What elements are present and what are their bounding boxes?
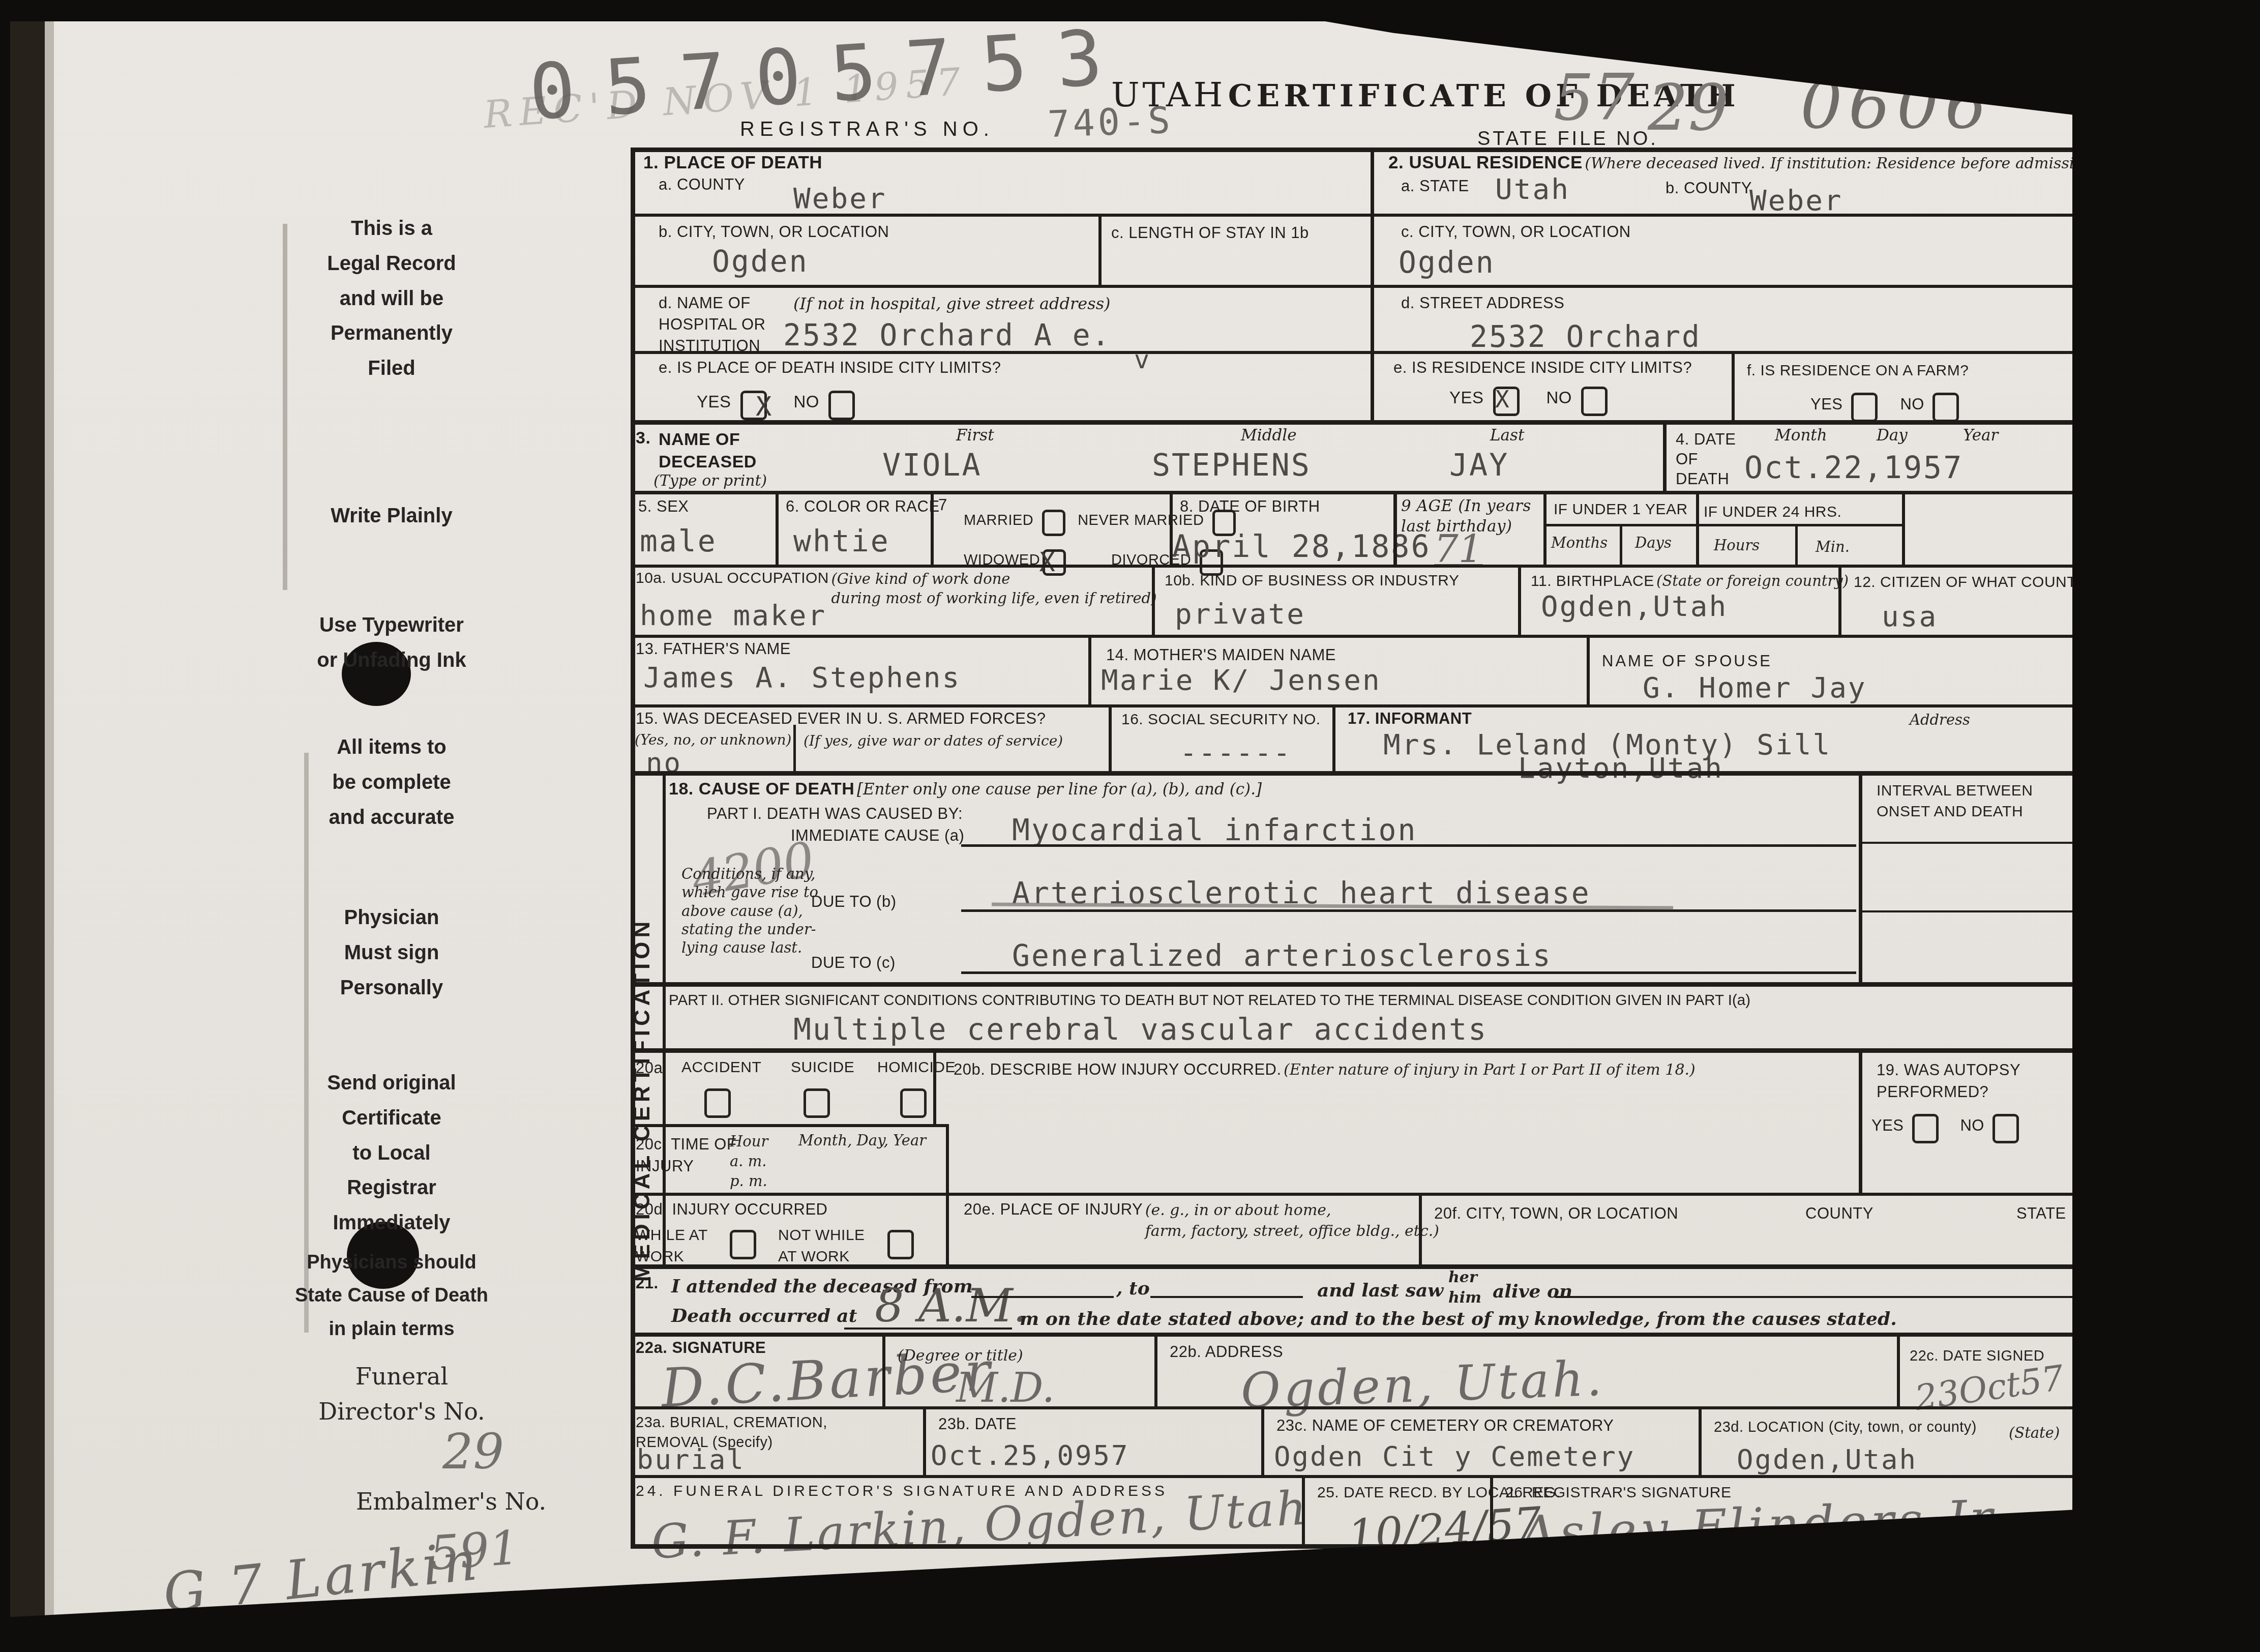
s19-yes-label: YES (1871, 1116, 1904, 1134)
form-rule-line (631, 1406, 2077, 1409)
form-rule-line (961, 909, 1856, 912)
s1e-no-checkbox (828, 391, 855, 420)
s19-no-label: NO (1960, 1116, 1984, 1134)
form-rule-line (631, 420, 2077, 425)
s20f-state-label: STATE (2016, 1204, 2066, 1223)
form-rule-line (631, 1333, 2077, 1337)
s15-note2: (If yes, give war or dates of service) (804, 732, 1063, 749)
funeral-directors-no-label: Funeral Director's No. (285, 1359, 519, 1429)
form-rule-line (1261, 1406, 1264, 1475)
s2d-value: 2532 Orchard (1470, 319, 1701, 354)
form-rule-line (1555, 1296, 2074, 1298)
s13-value: James A. Stephens (643, 661, 961, 694)
s2f-no-checkbox (1932, 393, 1959, 422)
s21-rest: m on the date stated above; and to the b… (1020, 1308, 1897, 1330)
s20a-suicide-checkbox (804, 1088, 830, 1118)
s11-value: Ogden,Utah (1541, 590, 1728, 623)
margin-write-plainly: Write Plainly (275, 498, 509, 534)
s20b-note: (Enter nature of injury in Part I or Par… (1284, 1061, 1696, 1079)
s20d-notwhile-label: NOT WHILE AT WORK (778, 1225, 865, 1267)
s1-title: 1. PLACE OF DEATH (643, 153, 822, 173)
form-rule-line (1696, 491, 1699, 565)
form-rule-line (631, 491, 2077, 494)
s6-value: whtie (793, 524, 890, 558)
s13-label: 13. FATHER'S NAME (636, 640, 791, 658)
s10a-note: (Give kind of work done during most of w… (831, 570, 1157, 608)
s20a-accident-checkbox (704, 1088, 731, 1118)
s16-value: ------ (1180, 736, 1292, 770)
s20c-hour-label: Hour a. m. p. m. (730, 1132, 768, 1191)
s7-num: 7 (938, 496, 947, 514)
s20d-while-label: WHILE AT WORK (636, 1225, 708, 1267)
fold-shadow (304, 753, 309, 1333)
s2a-label: a. STATE (1401, 177, 1469, 195)
s2b-value: Weber (1749, 184, 1843, 217)
s18-title: 18. CAUSE OF DEATH (669, 779, 854, 799)
s18-immediate-label: IMMEDIATE CAUSE (a) (791, 827, 964, 845)
s18-part2-label: PART II. OTHER SIGNIFICANT CONDITIONS CO… (669, 992, 1750, 1009)
form-rule-line (1150, 1296, 1303, 1298)
s1e-yes-no: YES X NO (697, 391, 855, 420)
s1e-no-label: NO (793, 392, 819, 411)
form-rule-line (961, 971, 1856, 974)
s21-him: him (1448, 1289, 1481, 1307)
s2e-yes-checkbox: X (1493, 387, 1520, 416)
s18-cause-c-value: Generalized arteriosclerosis (1012, 938, 1552, 973)
s1c-label: c. LENGTH OF STAY IN 1b (1111, 224, 1309, 242)
certificate-title: UTAH CERTIFICATE OF DEATH (1111, 75, 1740, 114)
s14-value: Marie K/ Jensen (1101, 664, 1381, 697)
form-rule-line (631, 1475, 2077, 1478)
form-rule-line (1859, 842, 2077, 844)
left-page-edge-highlight (45, 15, 54, 1638)
s2e-no-label: NO (1546, 388, 1572, 407)
form-rule-line (844, 1327, 1012, 1330)
s14-label: 14. MOTHER'S MAIDEN NAME (1106, 646, 1336, 664)
s2e-yes-no: YES X NO (1449, 387, 1608, 416)
s20a-homicide-label: HOMICIDE (877, 1059, 956, 1076)
s26-label: 26. REGISTRAR'S SIGNATURE (1505, 1484, 1731, 1501)
s21-death-at: Death occurred at (671, 1305, 857, 1326)
s2f-yes-label: YES (1810, 395, 1843, 413)
s23a-value: burial (637, 1443, 745, 1476)
s20f-label: 20f. CITY, TOWN, OR LOCATION (1434, 1204, 1678, 1223)
form-rule-line (1795, 525, 1798, 565)
s20d-while-checkbox (730, 1230, 756, 1259)
s19-no-checkbox (1993, 1114, 2019, 1143)
form-rule-line (631, 565, 2077, 568)
form-rule-line (1859, 771, 1862, 982)
form-rule-line (631, 635, 2077, 638)
s4-month-label: Month (1775, 426, 1827, 445)
form-rule-line (1897, 1333, 1900, 1406)
form-rule-line (1393, 491, 1397, 565)
form-rule-line (1098, 214, 1102, 285)
s21-lastsaw: and last saw (1317, 1280, 1443, 1301)
form-rule-line (971, 1296, 1114, 1298)
margin-send-original: Send original Certificate to Local Regis… (285, 1066, 498, 1241)
s10b-label: 10b. KIND OF BUSINESS OR INDUSTRY (1165, 572, 1459, 589)
s23c-label: 23c. NAME OF CEMETERY OR CREMATORY (1276, 1417, 1614, 1435)
form-rule-line (631, 147, 635, 1549)
s18-cause-a-value: Myocardial infarction (1012, 813, 1417, 847)
form-rule-line (631, 351, 2077, 354)
form-rule-line (1332, 704, 1335, 771)
s3-middle-value: STEPHENS (1152, 448, 1311, 483)
form-rule-line (1371, 147, 1374, 422)
s1a-label: a. COUNTY (659, 175, 745, 194)
s23b-value: Oct.25,0957 (931, 1439, 1129, 1471)
s3-first-value: VIOLA (882, 448, 982, 483)
s2a-value: Utah (1495, 173, 1570, 206)
form-rule-line (631, 214, 2077, 217)
s21-her: her (1448, 1268, 1477, 1286)
s20a-homicide-checkbox (900, 1088, 927, 1118)
form-rule-line (776, 491, 779, 565)
spouse-label: NAME OF SPOUSE (1602, 652, 1772, 670)
s2e-label: e. IS RESIDENCE INSIDE CITY LIMITS? (1393, 359, 1692, 377)
s3-sub: (Type or print) (653, 472, 767, 490)
s9-hours-label: Hours (1714, 537, 1760, 554)
s19-yes-no: YES NO (1871, 1114, 2019, 1143)
s11-labels: 11. BIRTHPLACE (State or foreign country… (1531, 572, 1849, 590)
form-rule-line (1620, 525, 1622, 565)
s5-value: male (640, 524, 717, 558)
s2f-yes-no: YES NO (1810, 393, 1959, 422)
s20e-note: (e. g., in or about home, farm, factory,… (1145, 1200, 1439, 1242)
form-rule-line (1699, 1406, 1702, 1475)
form-rule-line (1109, 704, 1112, 771)
form-rule-line (1663, 422, 1667, 491)
s22b-label: 22b. ADDRESS (1170, 1343, 1283, 1361)
s2c-value: Ogden (1399, 245, 1495, 280)
s3-last-value: JAY (1449, 448, 1509, 483)
s16-label: 16. SOCIAL SECURITY NO. (1121, 711, 1321, 728)
form-rule-line (631, 1264, 2077, 1269)
s1e-yes-checkbox: X (740, 391, 767, 420)
form-rule-line (1419, 1193, 1422, 1264)
s4-year-label: Year (1963, 426, 1998, 445)
s1e-yes-label: YES (697, 392, 731, 411)
form-rule-line (631, 982, 2077, 987)
s21-num: 21. (636, 1274, 659, 1292)
s18-title-row: 18. CAUSE OF DEATH [Enter only one cause… (669, 779, 1262, 799)
form-rule-line (1859, 910, 2077, 912)
s5-label: 5. SEX (638, 497, 689, 516)
s11-note: (State or foreign country) (1656, 572, 1849, 589)
s12-value: usa (1882, 600, 1938, 633)
form-rule-line (1902, 491, 1905, 565)
form-rule-line (631, 147, 2077, 152)
s2f-yes-checkbox (1851, 393, 1878, 422)
form-rule-line (961, 844, 1856, 847)
s7-married-label: MARRIED (964, 512, 1033, 528)
form-rule-line (1859, 1048, 1862, 1193)
s20a-accident-label: ACCIDENT (681, 1059, 761, 1076)
s2b-label: b. COUNTY (1666, 179, 1752, 197)
s23b-label: 23b. DATE (938, 1415, 1017, 1433)
s2f-no-label: NO (1900, 395, 1924, 413)
s23d-state-label: (State) (2009, 1424, 2060, 1441)
scanned-death-certificate: { "common": {"yes":"YES","no":"NO","x":"… (0, 0, 2260, 1652)
s1d-note: (If not in hospital, give street address… (793, 294, 1111, 313)
s10a-label: 10a. USUAL OCCUPATION (636, 570, 829, 586)
margin-plain-terms: Physicians should State Cause of Death i… (234, 1246, 549, 1346)
s15-label: 15. WAS DECEASED EVER IN U. S. ARMED FOR… (636, 710, 1046, 728)
form-rule-line (1170, 491, 1173, 565)
form-rule-line (1154, 1333, 1157, 1406)
s17-address-label: Address (1910, 711, 1970, 728)
s2e-yes-label: YES (1449, 388, 1484, 407)
s18-due-c-label: DUE TO (c) (811, 954, 896, 972)
margin-legal-record: This is a Legal Record and will be Perma… (285, 211, 498, 386)
s9-days-label: Days (1635, 534, 1672, 551)
s4-day-label: Day (1877, 426, 1908, 445)
s17-address-value: Layton,Utah (1518, 752, 1723, 785)
form-rule-line (933, 1048, 936, 1124)
s22a-degree-value: M.D. (956, 1364, 1055, 1411)
s3-title: NAME OF DECEASED (659, 428, 757, 473)
s3-first-label: First (956, 426, 994, 445)
s21-time-written: 8 A.M. (875, 1279, 1027, 1333)
s2-title: 2. USUAL RESIDENCE (1388, 153, 1583, 172)
form-rule-line (631, 704, 2077, 707)
s23c-value: Ogden Cit y Cemetery (1274, 1440, 1635, 1472)
s2e-no-checkbox (1581, 387, 1608, 416)
s23d-value: Ogden,Utah (1737, 1443, 1917, 1476)
margin-complete-accurate: All items to be complete and accurate (275, 730, 509, 835)
s6-label: 6. COLOR OR RACE (786, 497, 940, 516)
s18-interval-label: INTERVAL BETWEEN ONSET AND DEATH (1877, 781, 2033, 822)
margin-use-typewriter: Use Typewriter or Unfading Ink (254, 608, 529, 678)
s1b-value: Ogden (712, 244, 809, 279)
s8-value: April 28,1886 (1172, 529, 1431, 565)
s20a-suicide-label: SUICIDE (791, 1059, 854, 1076)
s1d-value: 2532 Orchard A e. (783, 318, 1111, 352)
s1d-label: d. NAME OF HOSPITAL OR INSTITUTION (659, 292, 765, 357)
s18-part2-value: Multiple cerebral vascular accidents (793, 1012, 1488, 1047)
form-rule-line (631, 285, 2077, 288)
scan-edge-left (0, 0, 10, 1652)
s3-num: 3. (636, 428, 650, 448)
s8-label: 8. DATE OF BIRTH (1180, 497, 1320, 516)
form-rule-line (1543, 524, 1902, 526)
s12-label: 12. CITIZEN OF WHAT COUNTRY? (1854, 574, 2106, 591)
margin-physician-sign: Physician Must sign Personally (285, 900, 498, 1005)
form-rule-line (1587, 635, 1590, 704)
s20b-label: 20b. DESCRIBE HOW INJURY OCCURRED. (954, 1060, 1282, 1078)
s20d-notwhile-checkbox (887, 1230, 914, 1259)
s4-label: 4. DATE OF DEATH (1676, 430, 1736, 489)
s9-min-label: Min. (1816, 538, 1850, 555)
form-rule-line (631, 1124, 948, 1127)
s21-aliveon: alive on (1493, 1281, 1572, 1302)
registrar-no-label: REGISTRAR'S NO. (740, 118, 994, 141)
s17-label: 17. INFORMANT (1348, 710, 1472, 728)
form-rule-line (663, 771, 666, 1266)
s20b-labels: 20b. DESCRIBE HOW INJURY OCCURRED. (Ente… (954, 1060, 1696, 1079)
s10a-value: home maker (640, 599, 826, 632)
s18-due-b-label: DUE TO (b) (811, 893, 897, 911)
s23d-label: 23d. LOCATION (City, town, or county) (1714, 1419, 1977, 1436)
s2c-label: c. CITY, TOWN, OR LOCATION (1401, 223, 1631, 241)
s1b-label: b. CITY, TOWN, OR LOCATION (659, 223, 889, 241)
form-rule-line (631, 1193, 2077, 1196)
form-rule-line (1302, 1475, 1305, 1544)
s2-note: (Where deceased lived. If institution: R… (1585, 155, 2099, 172)
s22c-label: 22c. DATE SIGNED (1910, 1348, 2044, 1365)
s18-part1-label: PART I. DEATH WAS CAUSED BY: (707, 805, 963, 823)
s3-last-label: Last (1490, 426, 1524, 445)
form-rule-line (1732, 351, 1735, 422)
s15-note1: (Yes, no, or unknown) (635, 731, 791, 748)
s20e-label: 20e. PLACE OF INJURY (964, 1200, 1143, 1218)
s18-title-note: [Enter only one cause per line for (a), … (857, 780, 1262, 799)
title-utah: UTAH (1111, 75, 1226, 114)
s1e-x-mark: X (756, 392, 771, 422)
s21-to: , to (1116, 1278, 1150, 1299)
s2e-x-mark: X (1495, 386, 1509, 413)
form-rule-line (1152, 565, 1155, 635)
s9-under1-label: IF UNDER 1 YEAR (1554, 501, 1688, 518)
form-rule-line (946, 1124, 949, 1264)
s10b-value: private (1175, 598, 1305, 631)
form-rule-line (923, 1406, 926, 1475)
s3-middle-label: Middle (1241, 426, 1297, 445)
form-rule-line (1088, 635, 1091, 704)
form-rule-line (1518, 565, 1521, 635)
funeral-directors-no-value: 29 (442, 1424, 504, 1480)
form-rule-line (1838, 565, 1841, 635)
s20c-label: 20c. TIME OF INJURY (636, 1133, 736, 1177)
form-rule-line (1490, 1475, 1493, 1544)
s19-label: 19. WAS AUTOPSY PERFORMED? (1877, 1059, 2020, 1103)
s18-conditions-note: Conditions, if any, which gave rise to a… (681, 865, 818, 957)
embalmers-no-label: Embalmer's No. (356, 1488, 546, 1515)
state-file-label: STATE FILE NO. (1477, 128, 1658, 150)
s11-label: 11. BIRTHPLACE (1531, 573, 1654, 589)
s2f-label: f. IS RESIDENCE ON A FARM? (1747, 362, 1969, 379)
s4-value: Oct.22,1957 (1744, 450, 1963, 486)
spouse-value: G. Homer Jay (1643, 671, 1867, 704)
scan-edge-right (2072, 0, 2260, 1652)
form-rule-line (1543, 491, 1547, 565)
s20c-mdy-label: Month, Day, Year (798, 1132, 926, 1149)
s9-months-label: Months (1551, 534, 1608, 551)
s2d-label: d. STREET ADDRESS (1401, 294, 1564, 312)
s2-title-row: 2. USUAL RESIDENCE (Where deceased lived… (1388, 153, 2099, 173)
s19-yes-checkbox (1912, 1114, 1939, 1143)
s20f-county-label: COUNTY (1805, 1204, 1874, 1223)
s1d-value-sub: v (1134, 345, 1151, 374)
s1e-label: e. IS PLACE OF DEATH INSIDE CITY LIMITS? (659, 359, 1001, 377)
left-page-edge (10, 0, 45, 1652)
s9-under24-label: IF UNDER 24 HRS. (1704, 504, 1841, 521)
file-number-written: 57 (1554, 61, 1634, 135)
file-number-written: 29 (1648, 71, 1729, 145)
form-rule-line (793, 725, 796, 773)
form-rule-line (882, 1333, 885, 1406)
s7-married-checkbox (1042, 510, 1065, 536)
s20e-labels: 20e. PLACE OF INJURY (e. g., in or about… (964, 1200, 1439, 1242)
s22a-degree-label: (Degree or title) (898, 1347, 1023, 1365)
form-rule-line (931, 491, 934, 565)
s1a-value: Weber (793, 182, 887, 215)
